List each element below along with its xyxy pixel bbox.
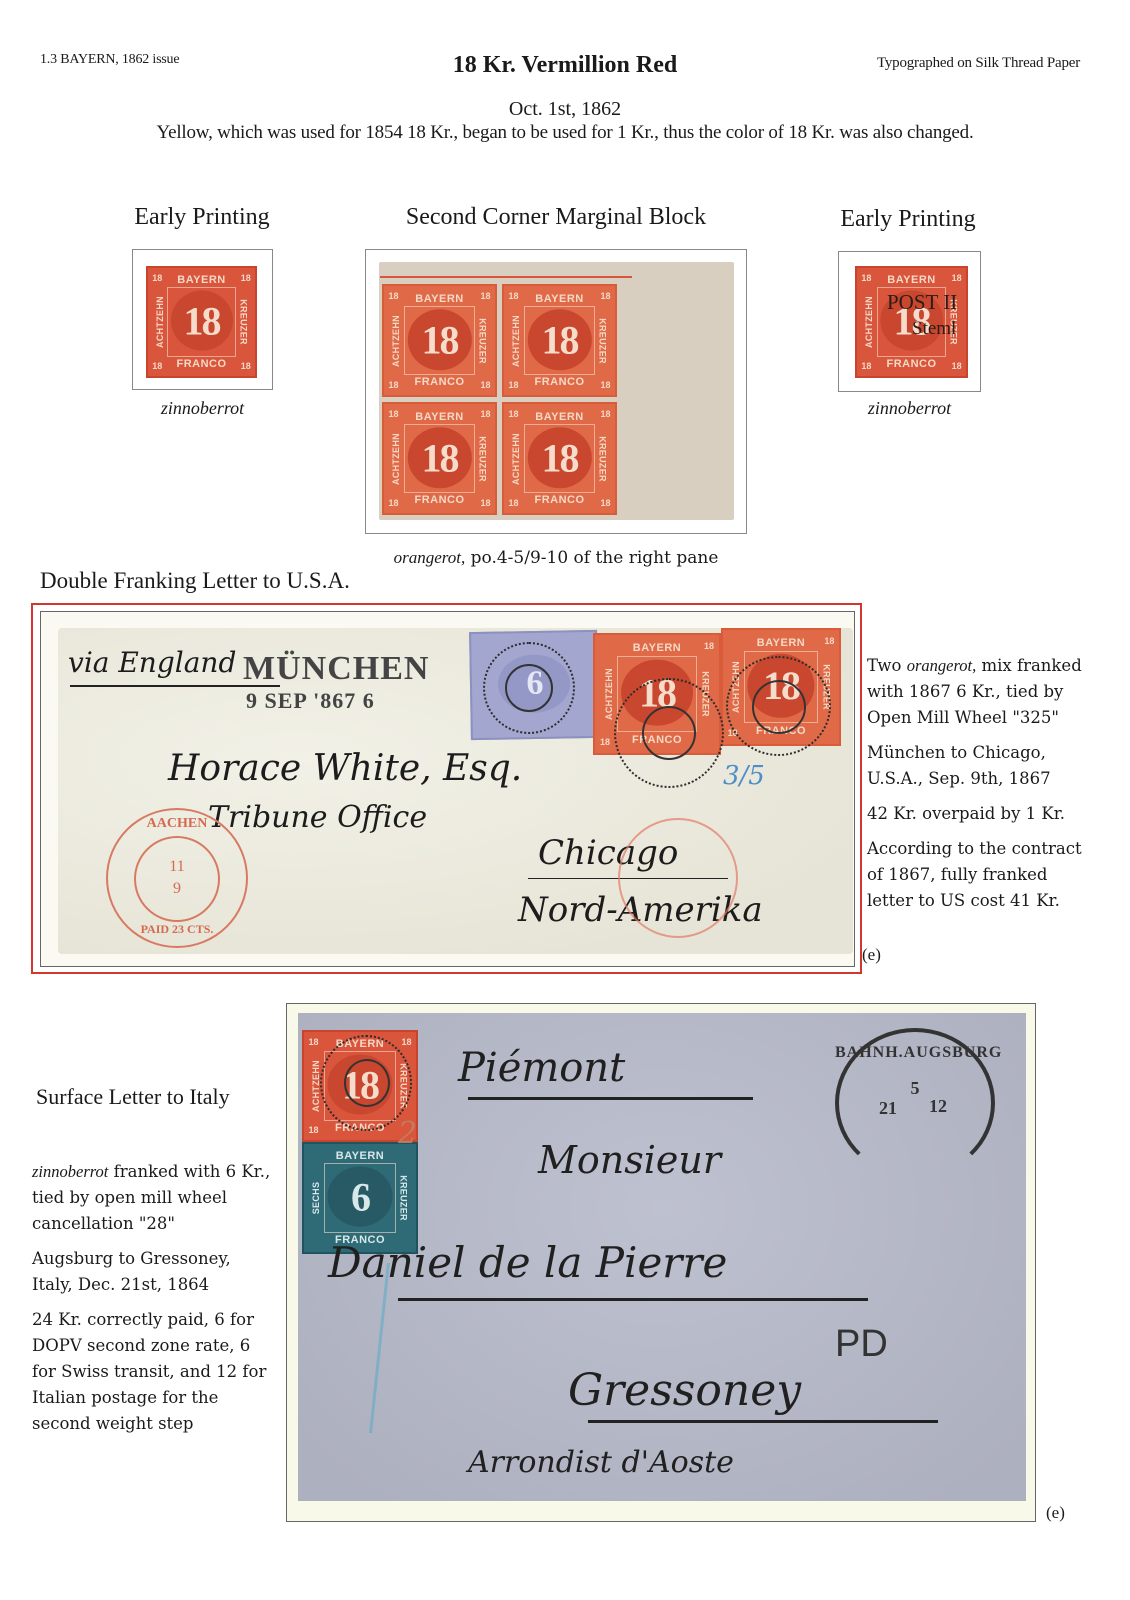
usa-letter-notes: Two orangerot, mix franked with 1867 6 K… (867, 653, 1092, 923)
marginal-block-frame: 18 18 18 18 BAYERN FRANCO ACHTZEHN KREUZ… (365, 249, 747, 534)
muenchen-date: 9 SEP '867 6 (246, 688, 375, 714)
block-stamp-5: 18 18 18 18 BAYERN FRANCO ACHTZEHN KREUZ… (502, 284, 617, 397)
cancel-line-2: Steml (912, 318, 956, 340)
italy-note-1: zinnoberrot franked with 6 Kr., tied by … (32, 1159, 272, 1237)
blue-crayon-mark (369, 1263, 477, 1433)
aachen-paid-postmark: AACHEN 11 9 PAID 23 CTS. (106, 808, 248, 948)
paper-note: Typographed on Silk Thread Paper (877, 55, 1080, 72)
block-heading: Second Corner Marginal Block (365, 204, 747, 231)
new-york-postmark (618, 818, 738, 938)
usa-provenance-mark: (e) (862, 945, 881, 965)
red-rate-mark: 2 (398, 1116, 417, 1151)
muenchen-handstamp: MÜNCHEN (243, 650, 429, 688)
mill-wheel-cancel-1 (483, 642, 575, 734)
early-printing-left-frame: 18 18 18 18 BAYERN FRANCO ACHTZEHN KREUZ… (132, 249, 273, 390)
usa-note-1: Two orangerot, mix franked with 1867 6 K… (867, 653, 1092, 731)
early-printing-right-heading: Early Printing (818, 206, 998, 233)
issue-date: Oct. 1st, 1862 (0, 98, 1130, 121)
early-printing-right-caption: zinnoberrot (838, 398, 981, 419)
early-printing-left-heading: Early Printing (112, 204, 292, 231)
blue-rate-mark: 3/5 (723, 761, 765, 791)
address-town: Gressoney (568, 1365, 801, 1416)
margin-line (380, 276, 632, 278)
italy-letter-notes: zinnoberrot franked with 6 Kr., tied by … (32, 1159, 272, 1446)
stamp-18kr-zinnoberrot: 18 18 18 18 BAYERN FRANCO ACHTZEHN KREUZ… (146, 266, 257, 378)
mill-wheel-cancel-3 (726, 656, 831, 756)
usa-note-4: According to the contract of 1867, fully… (867, 836, 1092, 914)
addressee-line-1: Horace White, Esq. (168, 748, 522, 789)
block-stamp-10: 18 18 18 18 BAYERN FRANCO ACHTZEHN KREUZ… (502, 402, 617, 515)
italy-note-2: Augsburg to Gressoney, Italy, Dec. 21st,… (32, 1246, 272, 1298)
address-district: Arrondist d'Aoste (468, 1445, 734, 1480)
usa-note-3: 42 Kr. overpaid by 1 Kr. (867, 801, 1092, 827)
stamp-18kr-zinnoberrot-cancelled: 18 18 18 18 BAYERN FRANCO ACHTZEHN KREUZ… (855, 266, 968, 378)
cancel-line-1: POST II (887, 290, 957, 315)
italy-note-3: 24 Kr. correctly paid, 6 for DOPV second… (32, 1307, 272, 1437)
early-printing-right-frame: 18 18 18 18 BAYERN FRANCO ACHTZEHN KREUZ… (838, 251, 981, 392)
italy-letter-cover: 18 18 18 BAYERN FRANCO ACHTZEHN KREUZER … (298, 1013, 1026, 1501)
usa-note-2: München to Chicago, U.S.A., Sep. 9th, 18… (867, 740, 1092, 792)
italy-provenance-mark: (e) (1046, 1503, 1065, 1523)
block-caption: orangerot, po.4-5/9-10 of the right pane (365, 547, 747, 568)
usa-letter-envelope: via England MÜNCHEN 9 SEP '867 6 Horace … (58, 628, 853, 954)
address-region-underline (468, 1097, 753, 1100)
pd-mark: PD (835, 1323, 888, 1366)
intro-text: Yellow, which was used for 1854 18 Kr., … (0, 122, 1130, 144)
address-region: Piémont (458, 1045, 625, 1091)
address-salutation: Monsieur (538, 1138, 721, 1182)
address-town-underline (588, 1420, 938, 1423)
italy-letter-heading: Surface Letter to Italy (36, 1084, 230, 1110)
early-printing-left-caption: zinnoberrot (132, 398, 273, 419)
usa-letter-heading: Double Franking Letter to U.S.A. (40, 568, 350, 594)
mill-wheel-cancel-2 (614, 678, 724, 788)
block-stamp-9: 18 18 18 18 BAYERN FRANCO ACHTZEHN KREUZ… (382, 402, 497, 515)
routing-note: via England (68, 646, 236, 679)
augsburg-station-postmark: BAHNH.AUGSBURG 5 21 12 (835, 1028, 995, 1158)
block-stamp-4: 18 18 18 18 BAYERN FRANCO ACHTZEHN KREUZ… (382, 284, 497, 397)
